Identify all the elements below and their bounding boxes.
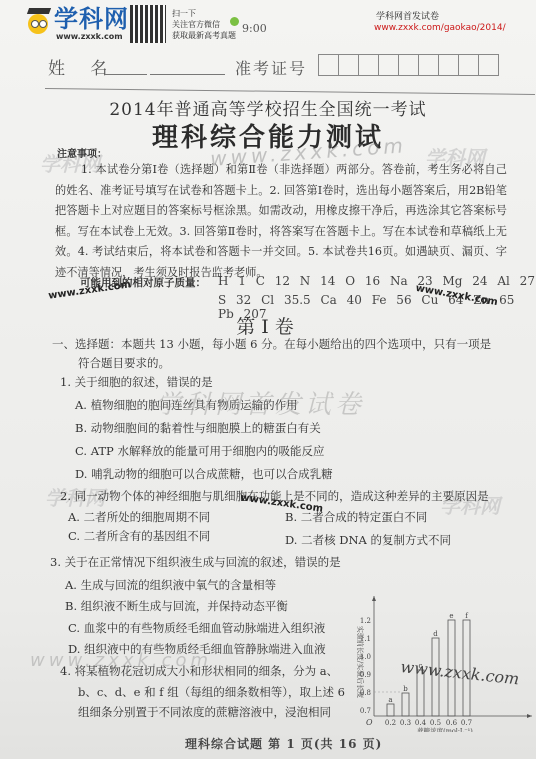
logo-url: www.zxxk.com [56,32,123,41]
notes-text: 1. 本试卷分第Ⅰ卷（选择题）和第Ⅱ卷（非选择题）两部分。答卷前，考生务必将自己… [55,160,507,283]
id-digit-box[interactable] [458,54,479,76]
id-digit-box[interactable] [418,54,439,76]
id-digit-box[interactable] [478,54,499,76]
atomic-mass-label: 可能用到的相对原子质量： [80,275,206,290]
intro-line: 一、选择题：本题共 13 小题，每小题 6 分。在每小题给出的四个选项中，只有一… [52,337,491,351]
name-label: 姓 名 [48,54,117,79]
qr-note: 扫一下 关注官方微信 获取最新高考真题 [172,8,236,41]
header-divider [45,88,535,95]
question-2-option-d[interactable]: D. 二者核 DNA 的复制方式不同 [285,532,451,548]
sucrose-length-chart: 实验前长度/实验后长度 O 0.7 0.8 0.9 1.0 1.1 1.2 a … [350,592,536,732]
question-3-option-c[interactable]: C. 血浆中的有些物质经毛细血管动脉端进入组织液 [68,620,325,636]
site-title: 学科网首发试卷 [376,9,439,22]
y-tick: 1.2 [360,617,371,625]
x-tick: 0.7 [461,719,472,727]
id-digit-box[interactable] [318,54,339,76]
y-tick: 0.9 [360,671,371,679]
name-field[interactable] [105,74,147,75]
id-digit-box[interactable] [338,54,359,76]
y-tick: 1.1 [360,635,371,643]
notes-label: 注意事项： [57,145,107,160]
x-tick: 0.2 [385,719,396,727]
question-3-option-b[interactable]: B. 组织液不断生成与回流，并保持动态平衡 [65,598,288,614]
question-2-option-c[interactable]: C. 二者所含有的基因组不同 [68,528,210,544]
page-footer: 理科综合试题 第 1 页(共 16 页) [185,735,382,752]
qr-note-line: 扫一下 [172,8,236,19]
question-1-option-b[interactable]: B. 动物细胞间的黏着性与细胞膜上的糖蛋白有关 [75,420,321,436]
stem-line: 组细条分别置于不同浓度的蔗糖溶液中，浸泡相同 [60,702,350,723]
question-3-stem: 3. 关于在正常情况下组织液生成与回流的叙述，错误的是 [50,553,341,572]
id-digit-box[interactable] [398,54,419,76]
section-intro: 一、选择题：本题共 13 小题，每小题 6 分。在每小题给出的四个选项中，只有一… [52,335,512,373]
chart-xlabel: 蔗糖浓度(mol·L⁻¹) [417,726,473,732]
y-tick: 0.7 [360,707,371,715]
watermark-url: www.zxxk.com [400,657,521,688]
x-tick: 0.4 [415,719,427,727]
atomic-mass-row: H 1 C 12 N 14 O 16 Na 23 Mg 24 Al 27 [218,274,535,288]
exam-time: 9:00 [242,22,267,35]
bar-label: d [433,630,438,638]
id-digit-box[interactable] [358,54,379,76]
id-digit-box[interactable] [438,54,459,76]
watermark-banner: 学科网首发试卷 [155,384,365,421]
bar-label: e [449,612,453,620]
x-tick: 0.6 [446,719,458,727]
id-number-boxes[interactable] [318,54,498,76]
qr-note-line: 获取最新高考真题 [172,30,236,41]
bar-label: a [388,696,392,704]
id-label: 准考证号 [235,56,307,79]
site-logo[interactable]: 学科网 www.zxxk.com [22,6,142,44]
chart-origin: O [366,718,373,727]
question-3-option-a[interactable]: A. 生成与回流的组织液中氧气的含量相等 [65,577,276,593]
stem-line: b、c、d、e 和 f 组（每组的细条数相等），取上述 6 [60,682,350,703]
question-2-option-a[interactable]: A. 二者所处的细胞周期不同 [68,509,210,525]
question-1-option-d[interactable]: D. 哺乳动物的细胞可以合成蔗糖，也可以合成乳糖 [75,466,333,482]
y-tick: 0.8 [360,689,371,697]
x-tick: 0.3 [400,719,411,727]
qr-code-icon [130,5,166,43]
x-tick: 0.5 [430,719,441,727]
logo-text: 学科网 [54,6,129,32]
bar-label: f [465,612,469,620]
intro-line: 符合题目要求的。 [52,354,512,373]
mascot-icon [24,6,52,40]
name-field-line[interactable] [150,74,225,75]
id-digit-box[interactable] [378,54,399,76]
question-1-option-c[interactable]: C. ATP 水解释放的能量可用于细胞内的吸能反应 [75,443,324,459]
site-url-link[interactable]: www.zxxk.com/gaokao/2014/ [374,23,506,33]
y-tick: 1.0 [360,653,371,661]
watermark-url: www.zxxk.com [30,650,212,671]
qr-note-line: 关注官方微信 [172,19,236,30]
question-2-option-b[interactable]: B. 二者合成的特定蛋白不同 [285,509,427,525]
wechat-icon [230,17,239,26]
bar-label: b [403,685,408,693]
